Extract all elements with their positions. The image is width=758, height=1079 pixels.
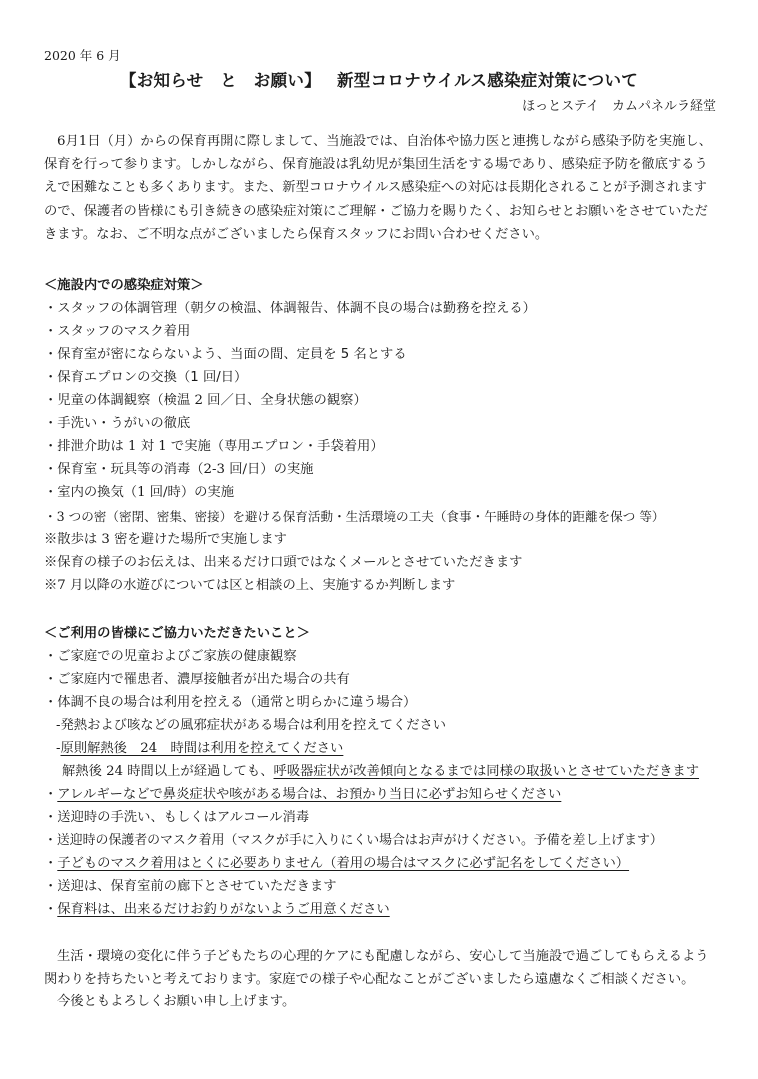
closing-line: 関わりを持ちたいと考えております。家庭での様子や心配なことがございましたら遠慮な… (44, 969, 719, 992)
request-item: ・送迎時の保護者のマスク着用（マスクが手に入りにくい場合はお声がけください。予備… (44, 831, 663, 851)
closing-line: 今後ともよろしくお願い申し上げます。 (44, 991, 719, 1014)
closing-line: 生活・環境の変化に伴う子どもたちの心理的ケアにも配慮しながら、安心して当施設で過… (44, 946, 719, 969)
bullet: ・ (44, 902, 57, 917)
request-item-allergy: ・アレルギーなどで鼻炎症状や咳がある場合は、お預かり当日に必ずお知らせください (44, 785, 561, 805)
organization-name: ほっとステイ カムパネルラ経堂 (522, 95, 716, 114)
facility-section-heading: ＜施設内での感染症対策＞ (44, 276, 204, 296)
facility-note: ※7 月以降の水遊びについては区と相談の上、実施するか判断します (44, 576, 455, 596)
title-subject: 新型コロナウイルス感染症対策について (337, 71, 638, 90)
facility-item: ・3 つの密（密閉、密集、密接）を避ける保育活動・生活環境の工夫（食事・午睡時の… (44, 507, 665, 527)
facility-item: ・手洗い・うがいの徹底 (44, 414, 190, 434)
facility-item: ・児童の体調観察（検温 2 回／日、全身状態の観察） (44, 391, 367, 411)
facility-item: ・スタッフのマスク着用 (44, 322, 190, 342)
request-item-fee: ・保育料は、出来るだけお釣りがないようご用意ください (44, 900, 390, 920)
underlined-text: 原則解熱後 24 時間は利用を控えてください (61, 741, 344, 756)
underlined-text: 子どものマスク着用はとくに必要ありません（着用の場合はマスクに必ず記名をしてくだ… (57, 856, 629, 871)
intro-paragraph: 6月1日（月）からの保育再開に際しまして、当施設では、自治体や協力医と連携しなが… (44, 130, 719, 246)
facility-item: ・保育室・玩具等の消毒（2-3 回/日）の実施 (44, 460, 313, 480)
facility-note: ※保育の様子のお伝えは、出来るだけ口頭ではなくメールとさせていただきます (44, 553, 522, 573)
request-subitem-fever: -発熱および咳などの風邪症状がある場合は利用を控えてください (56, 716, 446, 736)
request-item: ・ご家庭内で罹患者、濃厚接触者が出た場合の共有 (44, 670, 350, 690)
plain-text: 解熱後 24 時間以上が経過しても、 (62, 764, 274, 779)
request-item: ・ご家庭での児童およびご家族の健康観察 (44, 647, 297, 667)
underlined-text: 呼吸器症状が改善傾向となるまでは同様の取扱いとさせていただきます (274, 764, 700, 779)
bullet: ・ (44, 787, 57, 802)
request-item: ・送迎時の手洗い、もしくはアルコール消毒 (44, 808, 309, 828)
request-item-child-mask: ・子どものマスク着用はとくに必要ありません（着用の場合はマスクに必ず記名をしてく… (44, 854, 629, 874)
document-title: 【お知らせ と お願い】新型コロナウイルス感染症対策について (0, 67, 758, 91)
request-item: ・体調不良の場合は利用を控える（通常と明らかに違う場合） (44, 693, 416, 713)
request-item: ・送迎は、保育室前の廊下とさせていただきます (44, 877, 337, 897)
underlined-text: アレルギーなどで鼻炎症状や咳がある場合は、お預かり当日に必ずお知らせください (57, 787, 561, 802)
facility-item: ・保育エプロンの交換（1 回/日） (44, 368, 247, 388)
facility-item: ・保育室が密にならないよう、当面の間、定員を 5 名とする (44, 345, 407, 365)
request-subitem-24h: -原則解熱後 24 時間は利用を控えてください (56, 739, 343, 759)
document-date: 2020 年 6 月 (44, 46, 121, 64)
facility-item: ・排泄介助は 1 対 1 で実施（専用エプロン・手袋着用） (44, 437, 384, 457)
request-subitem-respiratory: 解熱後 24 時間以上が経過しても、呼吸器症状が改善傾向となるまでは同様の取扱い… (62, 762, 699, 782)
request-section-heading: ＜ご利用の皆様にご協力いただきたいこと＞ (44, 624, 310, 644)
facility-item: ・スタッフの体調管理（朝夕の検温、体調報告、体調不良の場合は勤務を控える） (44, 299, 536, 319)
notice-document: 2020 年 6 月 【お知らせ と お願い】新型コロナウイルス感染症対策につい… (0, 0, 758, 1079)
bullet: ・ (44, 856, 57, 871)
facility-note: ※散歩は 3 密を避けた場所で実施します (44, 530, 287, 550)
underlined-text: 保育料は、出来るだけお釣りがないようご用意ください (57, 902, 389, 917)
title-notice-label: 【お知らせ と お願い】 (120, 71, 321, 90)
closing-paragraph: 生活・環境の変化に伴う子どもたちの心理的ケアにも配慮しながら、安心して当施設で過… (44, 946, 719, 1014)
facility-item: ・室内の換気（1 回/時）の実施 (44, 483, 234, 503)
